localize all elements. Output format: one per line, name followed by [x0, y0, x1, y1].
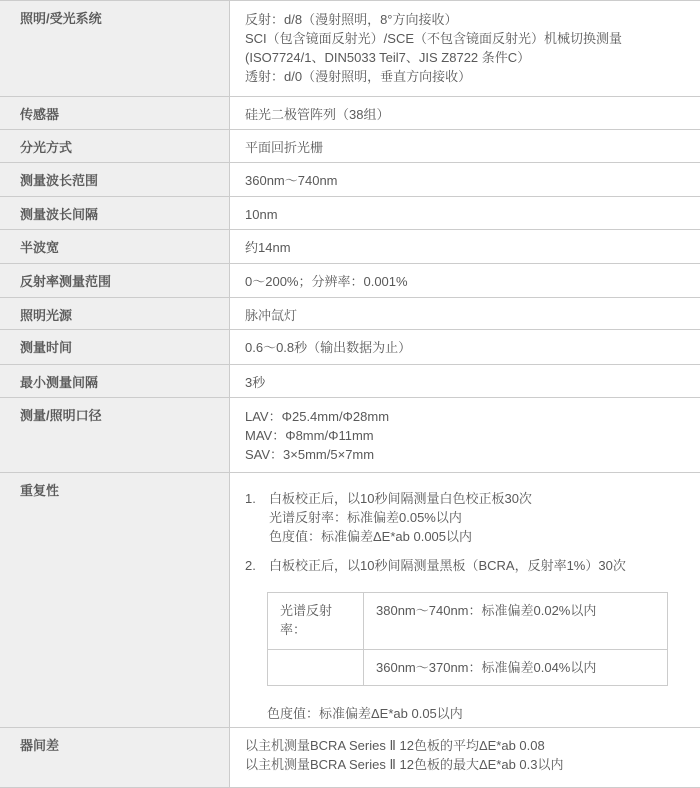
value-line: 平面回折光栅: [245, 138, 690, 157]
value-line: 以主机测量BCRA Series Ⅱ 12色板的最大ΔE*ab 0.3以内: [245, 755, 690, 774]
row-label: 测量/照明口径: [0, 398, 230, 472]
repeatability-item-2: 2. 白板校正后，以10秒间隔测量黑板（BCRA，反射率1%）30次: [245, 556, 690, 575]
row-label: 反射率测量范围: [0, 264, 230, 297]
row-label: 照明/受光系统: [0, 1, 230, 96]
item-line: 白板校正后，以10秒间隔测量黑板（BCRA，反射率1%）30次: [269, 556, 690, 575]
row-value: 360nm～740nm: [230, 163, 700, 196]
item-line: 光谱反射率：标准偏差0.05%以内: [269, 508, 690, 527]
spec-row-light-source: 照明光源 脉冲氙灯: [0, 298, 700, 330]
row-value: 平面回折光栅: [230, 130, 700, 162]
value-line: 0.6～0.8秒（输出数据为止）: [245, 338, 690, 357]
row-label: 重复性: [0, 473, 230, 727]
row-label: 测量时间: [0, 330, 230, 364]
item-number: 2.: [245, 556, 269, 575]
row-value: 0～200%；分辨率：0.001%: [230, 264, 700, 297]
value-line: 硅光二极管阵列（38组）: [245, 105, 690, 124]
row-label: 分光方式: [0, 130, 230, 162]
inner-table-header-cell: [268, 650, 364, 686]
spec-row-measurement-time: 测量时间 0.6～0.8秒（输出数据为止）: [0, 330, 700, 365]
spec-row-illumination-system: 照明/受光系统 反射：d/8（漫射照明，8°方向接收） SCI（包含镜面反射光）…: [0, 1, 700, 97]
row-label: 照明光源: [0, 298, 230, 329]
item-line: 色度值：标准偏差ΔE*ab 0.005以内: [269, 527, 690, 546]
row-value: 脉冲氙灯: [230, 298, 700, 329]
row-value: 3秒: [230, 365, 700, 397]
spec-row-spectral-method: 分光方式 平面回折光栅: [0, 130, 700, 163]
value-line: (ISO7724/1、DIN5033 Teil7、JIS Z8722 条件C）: [245, 48, 690, 67]
row-value: LAV：Φ25.4mm/Φ28mm MAV：Φ8mm/Φ11mm SAV：3×5…: [230, 398, 700, 472]
value-line: 脉冲氙灯: [245, 306, 690, 325]
spec-table: 照明/受光系统 反射：d/8（漫射照明，8°方向接收） SCI（包含镜面反射光）…: [0, 0, 700, 788]
value-line: 0～200%；分辨率：0.001%: [245, 272, 690, 291]
value-line: MAV：Φ8mm/Φ11mm: [245, 426, 690, 445]
inner-table-header-text: 光谱反射率：: [280, 601, 338, 639]
item-lines: 白板校正后，以10秒间隔测量白色校正板30次 光谱反射率：标准偏差0.05%以内…: [269, 489, 690, 546]
spec-row-wavelength-interval: 测量波长间隔 10nm: [0, 197, 700, 230]
value-line: 10nm: [245, 205, 690, 224]
item-number: 1.: [245, 489, 269, 546]
row-label: 测量波长范围: [0, 163, 230, 196]
inner-table-header-cell: 光谱反射率：: [268, 593, 364, 650]
spec-row-inter-instrument-agreement: 器间差 以主机测量BCRA Series Ⅱ 12色板的平均ΔE*ab 0.08…: [0, 728, 700, 788]
value-line: 反射：d/8（漫射照明，8°方向接收）: [245, 10, 690, 29]
spec-row-sensor: 传感器 硅光二极管阵列（38组）: [0, 97, 700, 130]
row-value: 硅光二极管阵列（38组）: [230, 97, 700, 129]
repeatability-footer: 色度值：标准偏差ΔE*ab 0.05以内: [267, 704, 690, 723]
row-value: 反射：d/8（漫射照明，8°方向接收） SCI（包含镜面反射光）/SCE（不包含…: [230, 1, 700, 96]
inner-table-row: 光谱反射率： 380nm～740nm：标准偏差0.02%以内: [268, 593, 668, 650]
spec-row-minimum-interval: 最小测量间隔 3秒: [0, 365, 700, 398]
row-value: 10nm: [230, 197, 700, 229]
value-line: 以主机测量BCRA Series Ⅱ 12色板的平均ΔE*ab 0.08: [245, 736, 690, 755]
item-line: 白板校正后，以10秒间隔测量白色校正板30次: [269, 489, 690, 508]
inner-table-row: 360nm～370nm：标准偏差0.04%以内: [268, 650, 668, 686]
value-line: SAV：3×5mm/5×7mm: [245, 445, 690, 464]
row-value: 以主机测量BCRA Series Ⅱ 12色板的平均ΔE*ab 0.08 以主机…: [230, 728, 700, 787]
value-line: 约14nm: [245, 238, 690, 257]
row-label: 器间差: [0, 728, 230, 787]
spec-row-measurement-aperture: 测量/照明口径 LAV：Φ25.4mm/Φ28mm MAV：Φ8mm/Φ11mm…: [0, 398, 700, 473]
row-value: 约14nm: [230, 230, 700, 263]
row-label: 传感器: [0, 97, 230, 129]
row-value: 0.6～0.8秒（输出数据为止）: [230, 330, 700, 364]
row-label: 半波宽: [0, 230, 230, 263]
repeatability-item-1: 1. 白板校正后，以10秒间隔测量白色校正板30次 光谱反射率：标准偏差0.05…: [245, 489, 690, 546]
inner-table: 光谱反射率： 380nm～740nm：标准偏差0.02%以内 360nm～370…: [267, 592, 668, 686]
inner-table-value-cell: 360nm～370nm：标准偏差0.04%以内: [364, 650, 668, 686]
row-value: 1. 白板校正后，以10秒间隔测量白色校正板30次 光谱反射率：标准偏差0.05…: [230, 473, 700, 727]
inner-table-value-cell: 380nm～740nm：标准偏差0.02%以内: [364, 593, 668, 650]
spec-row-wavelength-range: 测量波长范围 360nm～740nm: [0, 163, 700, 197]
item-lines: 白板校正后，以10秒间隔测量黑板（BCRA，反射率1%）30次: [269, 556, 690, 575]
spec-row-half-bandwidth: 半波宽 约14nm: [0, 230, 700, 264]
spec-row-reflectance-range: 反射率测量范围 0～200%；分辨率：0.001%: [0, 264, 700, 298]
row-label: 测量波长间隔: [0, 197, 230, 229]
value-line: 透射：d/0（漫射照明，垂直方向接收）: [245, 67, 690, 86]
value-line: SCI（包含镜面反射光）/SCE（不包含镜面反射光）机械切换测量: [245, 29, 690, 48]
value-line: 3秒: [245, 373, 690, 392]
value-line: LAV：Φ25.4mm/Φ28mm: [245, 407, 690, 426]
spec-row-repeatability: 重复性 1. 白板校正后，以10秒间隔测量白色校正板30次 光谱反射率：标准偏差…: [0, 473, 700, 728]
row-label: 最小测量间隔: [0, 365, 230, 397]
value-line: 360nm～740nm: [245, 171, 690, 190]
